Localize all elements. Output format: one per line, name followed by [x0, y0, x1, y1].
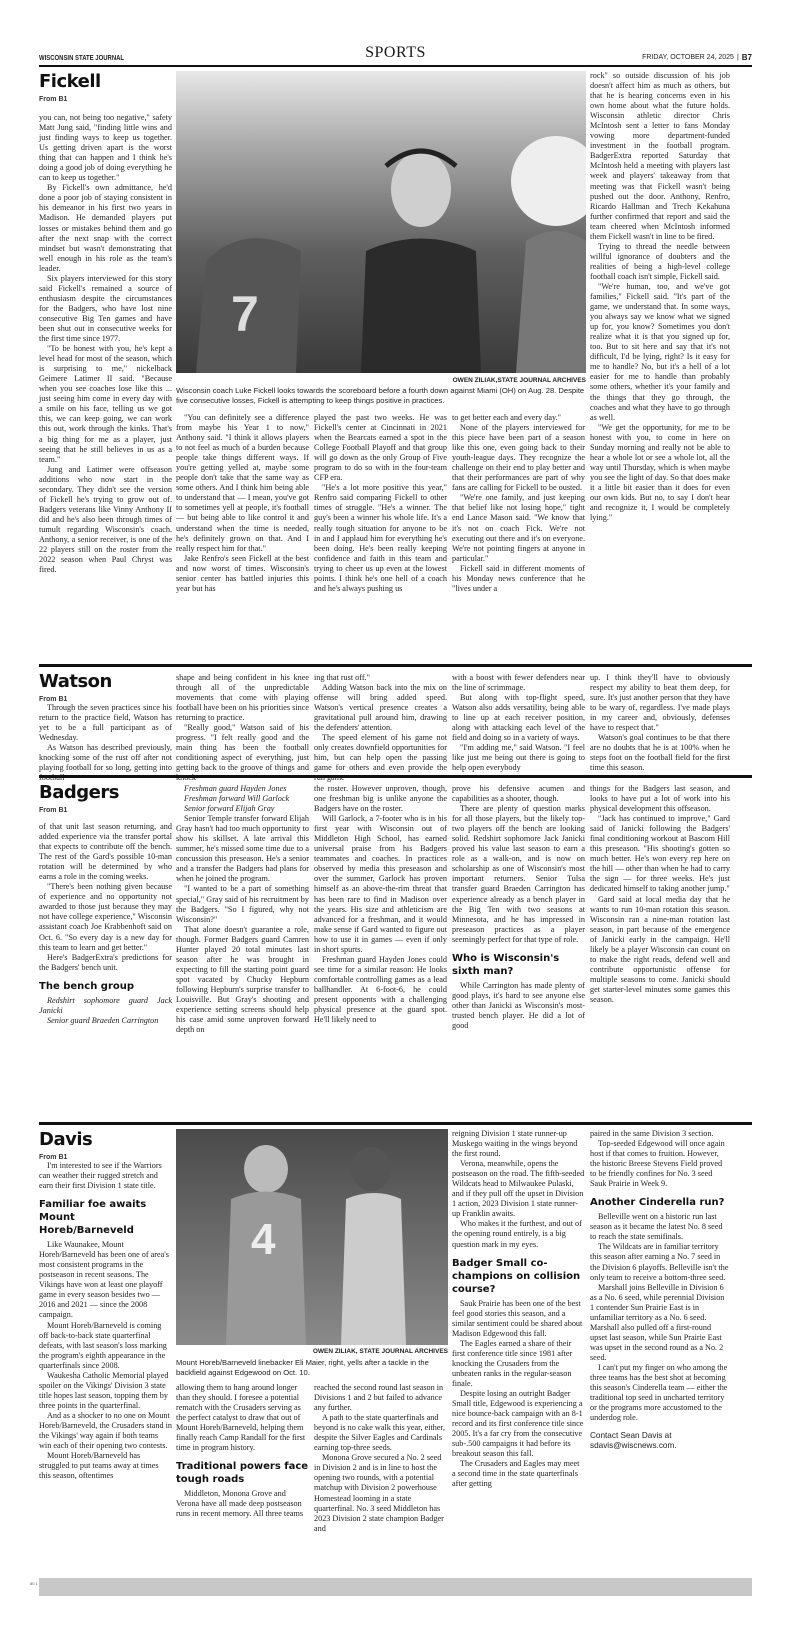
subhead: Familiar foe awaits Mount Horeb/Barnevel…: [39, 1198, 172, 1237]
issue-date: FRIDAY, OCTOBER 24, 2025: [642, 54, 734, 61]
svg-text:4: 4: [251, 1215, 276, 1264]
subhead: Badger Small co-champions on collision c…: [452, 1257, 585, 1296]
photo-caption: Wisconsin coach Luke Fickell looks towar…: [176, 386, 586, 406]
watson-col-1: Through the seven practices since his re…: [39, 703, 172, 783]
section-divider: [39, 664, 752, 667]
photo-caption: Mount Horeb/Barneveld linebacker Eli Mai…: [176, 1358, 448, 1378]
fickell-col-3: played the past two weeks. He was Fickel…: [314, 413, 447, 594]
watson-col-2: shape and being confident in his knee th…: [176, 673, 309, 784]
watson-col-5: up. I think they'll have to obviously re…: [590, 673, 730, 773]
separator: |: [737, 54, 739, 61]
davis-col-2: allowing them to hang around longer than…: [176, 1383, 309, 1519]
coach-photo-illustration: 7: [176, 71, 586, 373]
fickell-col-4: to get better each and every day." None …: [452, 413, 585, 594]
badgers-col-1: of that unit last season returning, and …: [39, 822, 172, 1026]
badgers-col-3: the roster. However unproven, though, on…: [314, 784, 447, 1025]
badgers-col-5: things for the Badgers last season, and …: [590, 784, 730, 1005]
davis-col-4: reigning Division 1 state runner-up Musk…: [452, 1129, 585, 1489]
subhead: Another Cinderella run?: [590, 1196, 730, 1209]
photo-credit: OWEN ZILIAK,STATE JOURNAL ARCHIVES: [176, 377, 586, 384]
fickell-photo: 7: [176, 71, 586, 373]
davis-col-5: paired in the same Division 3 section. T…: [590, 1129, 730, 1451]
badgers-col-4: prove his defensive acumen and capabilit…: [452, 784, 585, 1031]
davis-photo: 4: [176, 1129, 448, 1345]
subhead: Who is Wisconsin's sixth man?: [452, 952, 585, 978]
section-divider: [39, 1122, 752, 1125]
fickell-col-5: rock" so outside discussion of his job d…: [590, 71, 730, 523]
publication-name: WISCONSIN STATE JOURNAL: [39, 55, 124, 62]
davis-col-1: I'm interested to see if the Warriors ca…: [39, 1161, 172, 1481]
watson-col-4: with a boost with fewer defenders near t…: [452, 673, 585, 773]
masthead: WISCONSIN STATE JOURNAL SPORTS FRIDAY, O…: [39, 50, 752, 67]
subhead: Traditional powers face tough roads: [176, 1460, 309, 1486]
badgers-col-2: Freshman guard Hayden Jones Freshman for…: [176, 784, 309, 1035]
contact-line: Contact Sean Davis at sdavis@wiscnews.co…: [590, 1431, 730, 1451]
subhead: The bench group: [39, 980, 172, 993]
section-title: SPORTS: [365, 44, 426, 62]
page-folio: 80 1: [30, 1581, 38, 1586]
fickell-col-2: "You can definitely see a difference fro…: [176, 413, 309, 594]
davis-col-3: reached the second round last season in …: [314, 1383, 447, 1534]
date-line: FRIDAY, OCTOBER 24, 2025 | B7: [642, 53, 752, 62]
watson-col-3: ing that rust off." Adding Watson back i…: [314, 673, 447, 784]
page-number: B7: [742, 53, 752, 62]
ad-placeholder: [39, 1578, 752, 1596]
football-players-illustration: 4: [176, 1129, 448, 1345]
svg-text:7: 7: [231, 286, 259, 342]
fickell-col-1: you can, not being too negative," safety…: [39, 113, 172, 575]
photo-credit: OWEN ZILIAK, STATE JOURNAL ARCHIVES: [176, 1348, 448, 1355]
section-divider: [39, 775, 752, 778]
